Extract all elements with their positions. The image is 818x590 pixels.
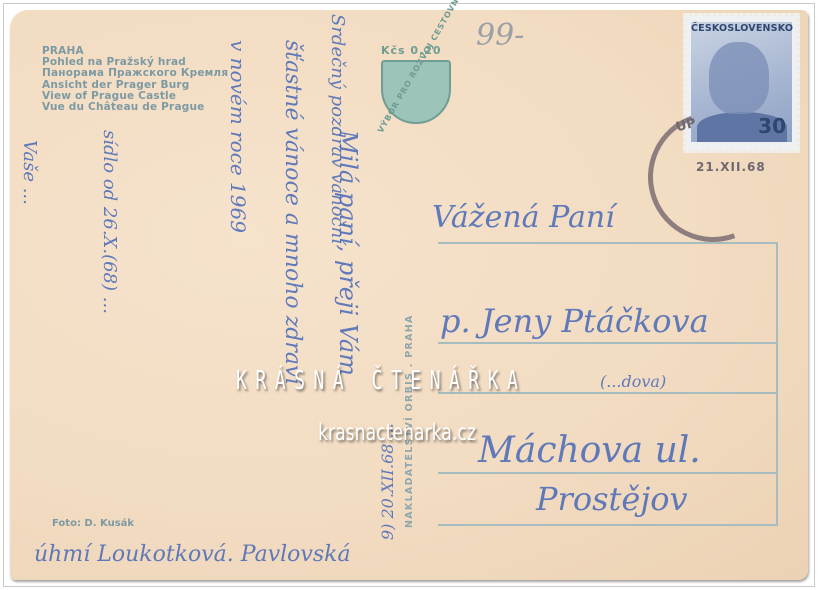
watermark-title: KRÁSNÁ ČTENÁŘKA	[236, 366, 526, 396]
message-line: v novém roce 1969	[226, 40, 250, 233]
address-line-2: (...dova)	[600, 372, 666, 391]
pencil-number: 99-	[476, 18, 524, 53]
signature: úhmí Loukotková. Pavlovská	[34, 542, 351, 567]
message-line: Milá paní, přeji Vám	[334, 130, 362, 376]
address-line-1: p. Jeny Ptáčkova	[440, 302, 709, 340]
address-line	[438, 472, 778, 474]
address-line	[438, 524, 778, 526]
postage-imprint: Kčs 0,20	[367, 44, 461, 130]
printed-caption: PRAHA Pohled na Pražský hrad Панорама Пр…	[42, 46, 228, 113]
stamp-country: ČESKOSLOVENSKO	[691, 23, 792, 34]
address-border	[776, 242, 778, 526]
caption-line: Панорама Пражского Кремля	[42, 68, 228, 79]
postmark-date: 21.XII.68	[696, 160, 766, 174]
address-line	[438, 242, 778, 244]
photo-credit: Foto: D. Kusák	[52, 518, 134, 529]
portrait-icon	[709, 42, 769, 114]
address-line	[438, 342, 778, 344]
message-line: šťastné vánoce a mnoho zdraví	[280, 40, 305, 384]
message-line: sídlo od 26.X.(68) ...	[99, 130, 120, 314]
address-salutation: Vážená Paní	[432, 200, 615, 235]
message-line: Vaše ...	[19, 140, 40, 205]
address-line-3: Máchova ul.	[478, 430, 701, 471]
watermark-url: krasnactenarka.cz	[318, 420, 476, 446]
caption-line: Vue du Château de Prague	[42, 102, 228, 113]
address-line-4: Prostějov	[536, 480, 688, 518]
